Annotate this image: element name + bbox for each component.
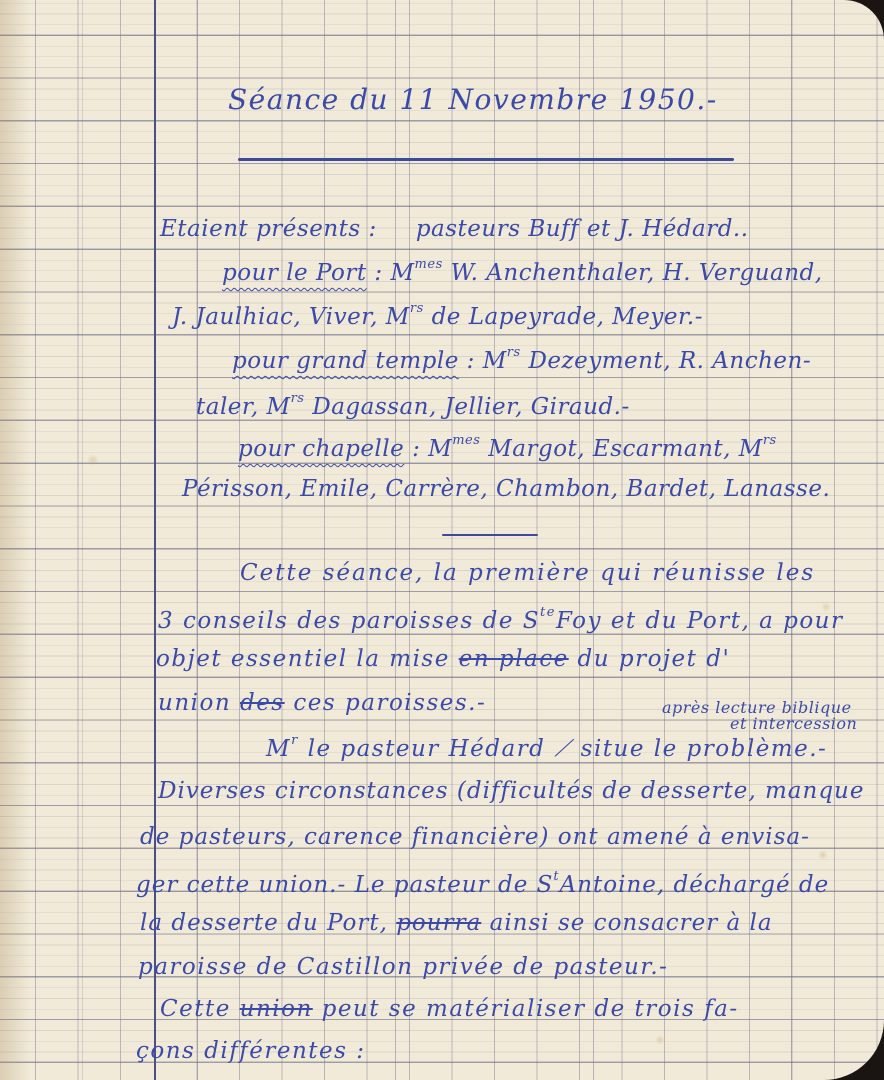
paragraph-1-line-2: 3 conseils des paroisses de SteFoy et du… — [158, 606, 844, 633]
group-label-chapelle: pour chapelle — [238, 436, 404, 462]
paragraph-2-line-5: la desserte du Port, pourra ainsi se con… — [140, 912, 773, 935]
attendance-group-temple-line1: pour grand temple : Mrs Dezeyment, R. An… — [232, 346, 811, 373]
attendance-group-port-line2: J. Jaulhiac, Viver, Mrs de Lapeyrade, Me… — [172, 302, 703, 329]
paragraph-3-line-2: çons différentes : — [136, 1040, 366, 1063]
paragraph-2-line-3: de pasteurs, carence financière) ont ame… — [140, 826, 810, 849]
margin-insertion-line-2: et intercession — [730, 716, 857, 732]
attendee-names: Dagassan, Jellier, Giraud.- — [312, 394, 630, 420]
attendance-intro: Etaient présents : pasteurs Buff et J. H… — [160, 218, 749, 241]
superscript: rs — [507, 345, 521, 360]
attendance-group-chapelle-line2: Périsson, Emile, Carrère, Chambon, Barde… — [182, 478, 830, 501]
colon: : — [404, 436, 428, 462]
group-label-temple: pour grand temple — [232, 348, 459, 374]
superscript: mes — [415, 257, 443, 272]
paragraph-2-line-6: paroisse de Castillon privée de pasteur.… — [138, 956, 668, 979]
superscript: rs — [291, 391, 305, 406]
paragraph-1-line-4: union des ces paroisses.- — [158, 692, 486, 715]
text: situe le problème.- — [581, 736, 828, 762]
attendee-names: Dezeyment, R. Anchen- — [528, 348, 811, 374]
colon: : — [367, 260, 391, 286]
insertion-caret: ⟋ — [554, 736, 572, 762]
paragraph-2-line-1: Mr le pasteur Hédard ⟋ situe le problème… — [266, 734, 827, 761]
text: Foy et du Port, a pour — [556, 608, 844, 634]
text: 3 conseils des paroisses de S — [158, 608, 540, 634]
page-title: Séance du 11 Novembre 1950.- — [228, 86, 718, 114]
struck-text: pourra — [396, 910, 481, 936]
attendee-names: Périsson, Emile, Carrère, Chambon, Barde… — [182, 476, 830, 502]
title-abbrev: M — [483, 348, 507, 374]
attendance-intro-label: Etaient présents : — [160, 216, 377, 242]
superscript: r — [291, 733, 299, 748]
attendance-group-port-line1: pour le Port : Mmes W. Anchenthaler, H. … — [222, 258, 823, 285]
superscript: te — [540, 605, 556, 620]
group-label-port: pour le Port — [222, 260, 367, 286]
title-abbrev: M — [428, 436, 452, 462]
superscript: rs — [763, 433, 777, 448]
struck-text: des — [240, 690, 285, 716]
text: du projet d' — [578, 646, 731, 672]
paragraph-2-line-2: Diverses circonstances (difficultés de d… — [158, 780, 864, 803]
struck-text: union — [240, 996, 313, 1022]
attendee-names: de Lapeyrade, Meyer.- — [432, 304, 703, 330]
attendee-names: W. Anchenthaler, H. Verguand, — [451, 260, 823, 286]
paragraph-3-line-1: Cette union peut se matérialiser de troi… — [160, 998, 739, 1021]
text: objet essentiel la mise — [156, 646, 450, 672]
title-underline — [238, 158, 734, 161]
text: Cette — [160, 996, 231, 1022]
attendance-group-temple-line2: taler, Mrs Dagassan, Jellier, Giraud.- — [196, 392, 630, 419]
superscript: mes — [452, 433, 480, 448]
colon: : — [459, 348, 483, 374]
paragraph-2-line-4: ger cette union.- Le pasteur de StAntoin… — [136, 870, 829, 897]
section-separator — [442, 534, 538, 536]
text: M — [266, 736, 291, 762]
attendee-names: taler, M — [196, 394, 291, 420]
attendee-names: Margot, Escarmant, M — [488, 436, 763, 462]
notebook-page: Séance du 11 Novembre 1950.- Etaient pré… — [0, 0, 884, 1080]
attendance-group-chapelle-line1: pour chapelle : Mmes Margot, Escarmant, … — [238, 434, 777, 461]
text: ces paroisses.- — [293, 690, 486, 716]
paragraph-1-line-1: Cette séance, la première qui réunisse l… — [240, 562, 815, 585]
text: union — [158, 690, 231, 716]
text: ainsi se consacrer à la — [490, 910, 773, 936]
attendee-names: J. Jaulhiac, Viver, M — [172, 304, 410, 330]
attendance-pastors: pasteurs Buff et J. Hédard.. — [416, 216, 749, 242]
text: la desserte du Port, — [140, 910, 388, 936]
title-abbrev: M — [390, 260, 414, 286]
text: Antoine, déchargé de — [560, 872, 830, 898]
struck-text: en place — [459, 646, 569, 672]
paragraph-1-line-3: objet essentiel la mise en place du proj… — [156, 648, 730, 671]
text: le pasteur Hédard — [308, 736, 546, 762]
text: ger cette union.- Le pasteur de S — [136, 872, 553, 898]
text: peut se matérialiser de trois fa- — [322, 996, 739, 1022]
superscript: rs — [410, 301, 424, 316]
